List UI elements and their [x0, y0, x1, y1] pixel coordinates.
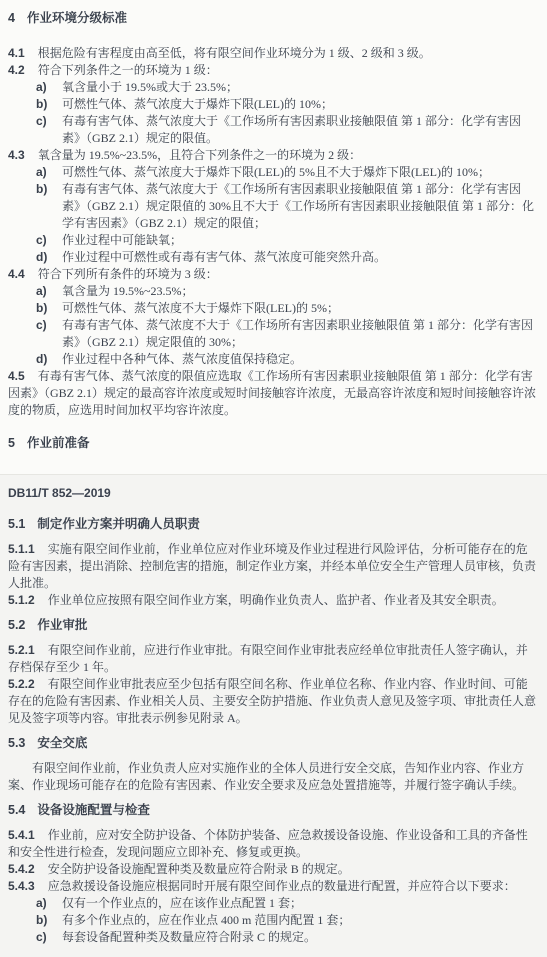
document-page-2: DB11/T 852—2019 5.1制定作业方案并明确人员职责 5.1.1实施…	[0, 474, 547, 957]
list-item-text: 有毒有害气体、蒸气浓度不大于《工作场所有害因素职业接触限值 第 1 部分：化学有…	[62, 317, 539, 351]
list-item-marker: a)	[36, 895, 62, 912]
clause-text: 作业单位应按照有限空间作业方案，明确作业负责人、监护者、作业者及其安全职责。	[48, 593, 504, 607]
list-item-marker: b)	[36, 181, 62, 232]
list-item-marker: c)	[36, 232, 62, 249]
subsection-number: 5.4	[8, 803, 25, 817]
list-item-5-4-3-b: b)有多个作业点的，应在作业点 400 m 范围内配置 1 套；	[36, 912, 539, 929]
clause-text: 有毒有害气体、蒸气浓度的限值应选取《工作场所有害因素职业接触限值 第 1 部分：…	[8, 369, 536, 417]
clause-number: 5.4.2	[8, 862, 35, 876]
list-item-4-4-c: c)有毒有害气体、蒸气浓度不大于《工作场所有害因素职业接触限值 第 1 部分：化…	[36, 317, 539, 351]
subsection-title: 作业审批	[37, 618, 87, 632]
subsection-heading-5-1: 5.1制定作业方案并明确人员职责	[8, 516, 539, 533]
list-item-4-2-a: a)氧含量小于 19.5%或大于 23.5%；	[36, 79, 539, 96]
list-item-4-2-c: c)有毒有害气体、蒸气浓度大于《工作场所有害因素职业接触限值 第 1 部分：化学…	[36, 113, 539, 147]
clause-number: 5.2.1	[8, 643, 35, 657]
clause-text: 实施有限空间作业前，作业单位应对作业环境及作业过程进行风险评估，分析可能存在的危…	[8, 542, 536, 590]
list-item-marker: b)	[36, 96, 62, 113]
section-title: 作业前准备	[27, 436, 90, 450]
list-item-text: 可燃性气体、蒸气浓度大于爆炸下限(LEL)的 10%；	[62, 96, 539, 113]
list-item-text: 可燃性气体、蒸气浓度不大于爆炸下限(LEL)的 5%；	[62, 300, 539, 317]
subsection-title: 设备设施配置与检查	[37, 803, 150, 817]
list-item-marker: d)	[36, 249, 62, 266]
clause-4-3: 4.3氧含量为 19.5%~23.5%，且符合下列条件之一的环境为 2 级：	[8, 147, 539, 164]
clause-4-1: 4.1根据危险有害程度由高至低，将有限空间作业环境分为 1 级、2 级和 3 级…	[8, 45, 539, 62]
subsection-number: 5.2	[8, 618, 25, 632]
list-item-marker: c)	[36, 113, 62, 147]
clause-text: 符合下列条件之一的环境为 1 级：	[38, 63, 218, 77]
clause-number: 5.4.3	[8, 879, 35, 893]
subsection-heading-5-3: 5.3安全交底	[8, 735, 539, 752]
list-item-text: 氧含量小于 19.5%或大于 23.5%；	[62, 79, 539, 96]
list-item-4-3-b: b)有毒有害气体、蒸气浓度大于《工作场所有害因素职业接触限值 第 1 部分：化学…	[36, 181, 539, 232]
running-header-standard-number: DB11/T 852—2019	[8, 485, 539, 502]
list-item-4-4-d: d)作业过程中各种气体、蒸气浓度值保持稳定。	[36, 351, 539, 368]
clause-5-4-2: 5.4.2安全防护设备设施配置种类及数量应符合附录 B 的规定。	[8, 861, 539, 878]
clause-text: 氧含量为 19.5%~23.5%，且符合下列条件之一的环境为 2 级：	[38, 148, 362, 162]
clause-text: 安全防护设备设施配置种类及数量应符合附录 B 的规定。	[48, 862, 350, 876]
clause-number: 4.1	[8, 46, 25, 60]
clause-5-1-1: 5.1.1实施有限空间作业前，作业单位应对作业环境及作业过程进行风险评估，分析可…	[8, 541, 539, 592]
clause-text: 根据危险有害程度由高至低，将有限空间作业环境分为 1 级、2 级和 3 级。	[38, 46, 431, 60]
subsection-title: 制定作业方案并明确人员职责	[37, 517, 200, 531]
list-item-text: 每套设备配置种类及数量应符合附录 C 的规定。	[62, 929, 539, 946]
list-item-4-4-b: b)可燃性气体、蒸气浓度不大于爆炸下限(LEL)的 5%；	[36, 300, 539, 317]
list-item-marker: b)	[36, 912, 62, 929]
section-number: 5	[8, 436, 15, 450]
list-item-4-3-d: d)作业过程中可燃性或有毒有害气体、蒸气浓度可能突然升高。	[36, 249, 539, 266]
clause-number: 4.4	[8, 267, 25, 281]
section-title: 作业环境分级标准	[27, 11, 127, 25]
clause-text: 作业前，应对安全防护设备、个体防护装备、应急救援设备设施、作业设备和工具的齐备性…	[8, 828, 528, 859]
list-item-marker: c)	[36, 317, 62, 351]
clause-number: 4.5	[8, 369, 25, 383]
subsection-number: 5.3	[8, 736, 25, 750]
clause-number: 4.3	[8, 148, 25, 162]
list-item-text: 有多个作业点的，应在作业点 400 m 范围内配置 1 套；	[62, 912, 539, 929]
list-item-text: 可燃性气体、蒸气浓度大于爆炸下限(LEL)的 5%且不大于爆炸下限(LEL)的 …	[62, 164, 539, 181]
clause-5-4-1: 5.4.1作业前，应对安全防护设备、个体防护装备、应急救援设备设施、作业设备和工…	[8, 827, 539, 861]
clause-number: 5.2.2	[8, 677, 35, 691]
clause-text: 符合下列所有条件的环境为 3 级：	[38, 267, 218, 281]
list-item-4-3-a: a)可燃性气体、蒸气浓度大于爆炸下限(LEL)的 5%且不大于爆炸下限(LEL)…	[36, 164, 539, 181]
list-item-marker: b)	[36, 300, 62, 317]
clause-5-2-1: 5.2.1有限空间作业前，应进行作业审批。有限空间作业审批表应经单位审批责任人签…	[8, 642, 539, 676]
list-item-4-3-c: c)作业过程中可能缺氧；	[36, 232, 539, 249]
clause-number: 4.2	[8, 63, 25, 77]
clause-text: 应急救援设备设施应根据同时开展有限空间作业点的数量进行配置，并应符合以下要求：	[48, 879, 516, 893]
section-heading-5: 5作业前准备	[8, 435, 539, 452]
list-item-text: 作业过程中各种气体、蒸气浓度值保持稳定。	[62, 351, 539, 368]
list-item-marker: d)	[36, 351, 62, 368]
list-item-text: 有毒有害气体、蒸气浓度大于《工作场所有害因素职业接触限值 第 1 部分：化学有害…	[62, 181, 539, 232]
subsection-heading-5-2: 5.2作业审批	[8, 617, 539, 634]
clause-5-2-2: 5.2.2有限空间作业审批表应至少包括有限空间名称、作业单位名称、作业内容、作业…	[8, 676, 539, 727]
list-item-marker: a)	[36, 283, 62, 300]
list-item-marker: a)	[36, 164, 62, 181]
clause-4-5: 4.5有毒有害气体、蒸气浓度的限值应选取《工作场所有害因素职业接触限值 第 1 …	[8, 368, 539, 419]
list-item-text: 作业过程中可能缺氧；	[62, 232, 539, 249]
clause-5-4-3: 5.4.3应急救援设备设施应根据同时开展有限空间作业点的数量进行配置，并应符合以…	[8, 878, 539, 895]
clause-number: 5.1.1	[8, 542, 35, 556]
document-page-1: 4作业环境分级标准 4.1根据危险有害程度由高至低，将有限空间作业环境分为 1 …	[0, 0, 547, 474]
clause-text: 有限空间作业审批表应至少包括有限空间名称、作业单位名称、作业内容、作业时间、可能…	[8, 677, 536, 725]
list-item-marker: a)	[36, 79, 62, 96]
list-item-text: 作业过程中可燃性或有毒有害气体、蒸气浓度可能突然升高。	[62, 249, 539, 266]
clause-number: 5.4.1	[8, 828, 35, 842]
clause-text: 有限空间作业前，应进行作业审批。有限空间作业审批表应经单位审批责任人签字确认，并…	[8, 643, 528, 674]
list-item-text: 氧含量为 19.5%~23.5%；	[62, 283, 539, 300]
list-item-text: 仅有一个作业点的，应在该作业点配置 1 套；	[62, 895, 539, 912]
clause-5-1-2: 5.1.2作业单位应按照有限空间作业方案，明确作业负责人、监护者、作业者及其安全…	[8, 592, 539, 609]
list-item-4-2-b: b)可燃性气体、蒸气浓度大于爆炸下限(LEL)的 10%；	[36, 96, 539, 113]
list-item-5-4-3-a: a)仅有一个作业点的，应在该作业点配置 1 套；	[36, 895, 539, 912]
list-item-5-4-3-c: c)每套设备配置种类及数量应符合附录 C 的规定。	[36, 929, 539, 946]
subsection-title: 安全交底	[37, 736, 87, 750]
subsection-number: 5.1	[8, 517, 25, 531]
list-item-4-4-a: a)氧含量为 19.5%~23.5%；	[36, 283, 539, 300]
list-item-marker: c)	[36, 929, 62, 946]
list-item-text: 有毒有害气体、蒸气浓度大于《工作场所有害因素职业接触限值 第 1 部分：化学有害…	[62, 113, 539, 147]
clause-4-2: 4.2符合下列条件之一的环境为 1 级：	[8, 62, 539, 79]
paragraph-5-3-body: 有限空间作业前，作业负责人应对实施作业的全体人员进行安全交底，告知作业内容、作业…	[8, 760, 539, 794]
section-number: 4	[8, 11, 15, 25]
clause-4-4: 4.4符合下列所有条件的环境为 3 级：	[8, 266, 539, 283]
section-heading-4: 4作业环境分级标准	[8, 10, 539, 27]
subsection-heading-5-4: 5.4设备设施配置与检查	[8, 802, 539, 819]
clause-number: 5.1.2	[8, 593, 35, 607]
